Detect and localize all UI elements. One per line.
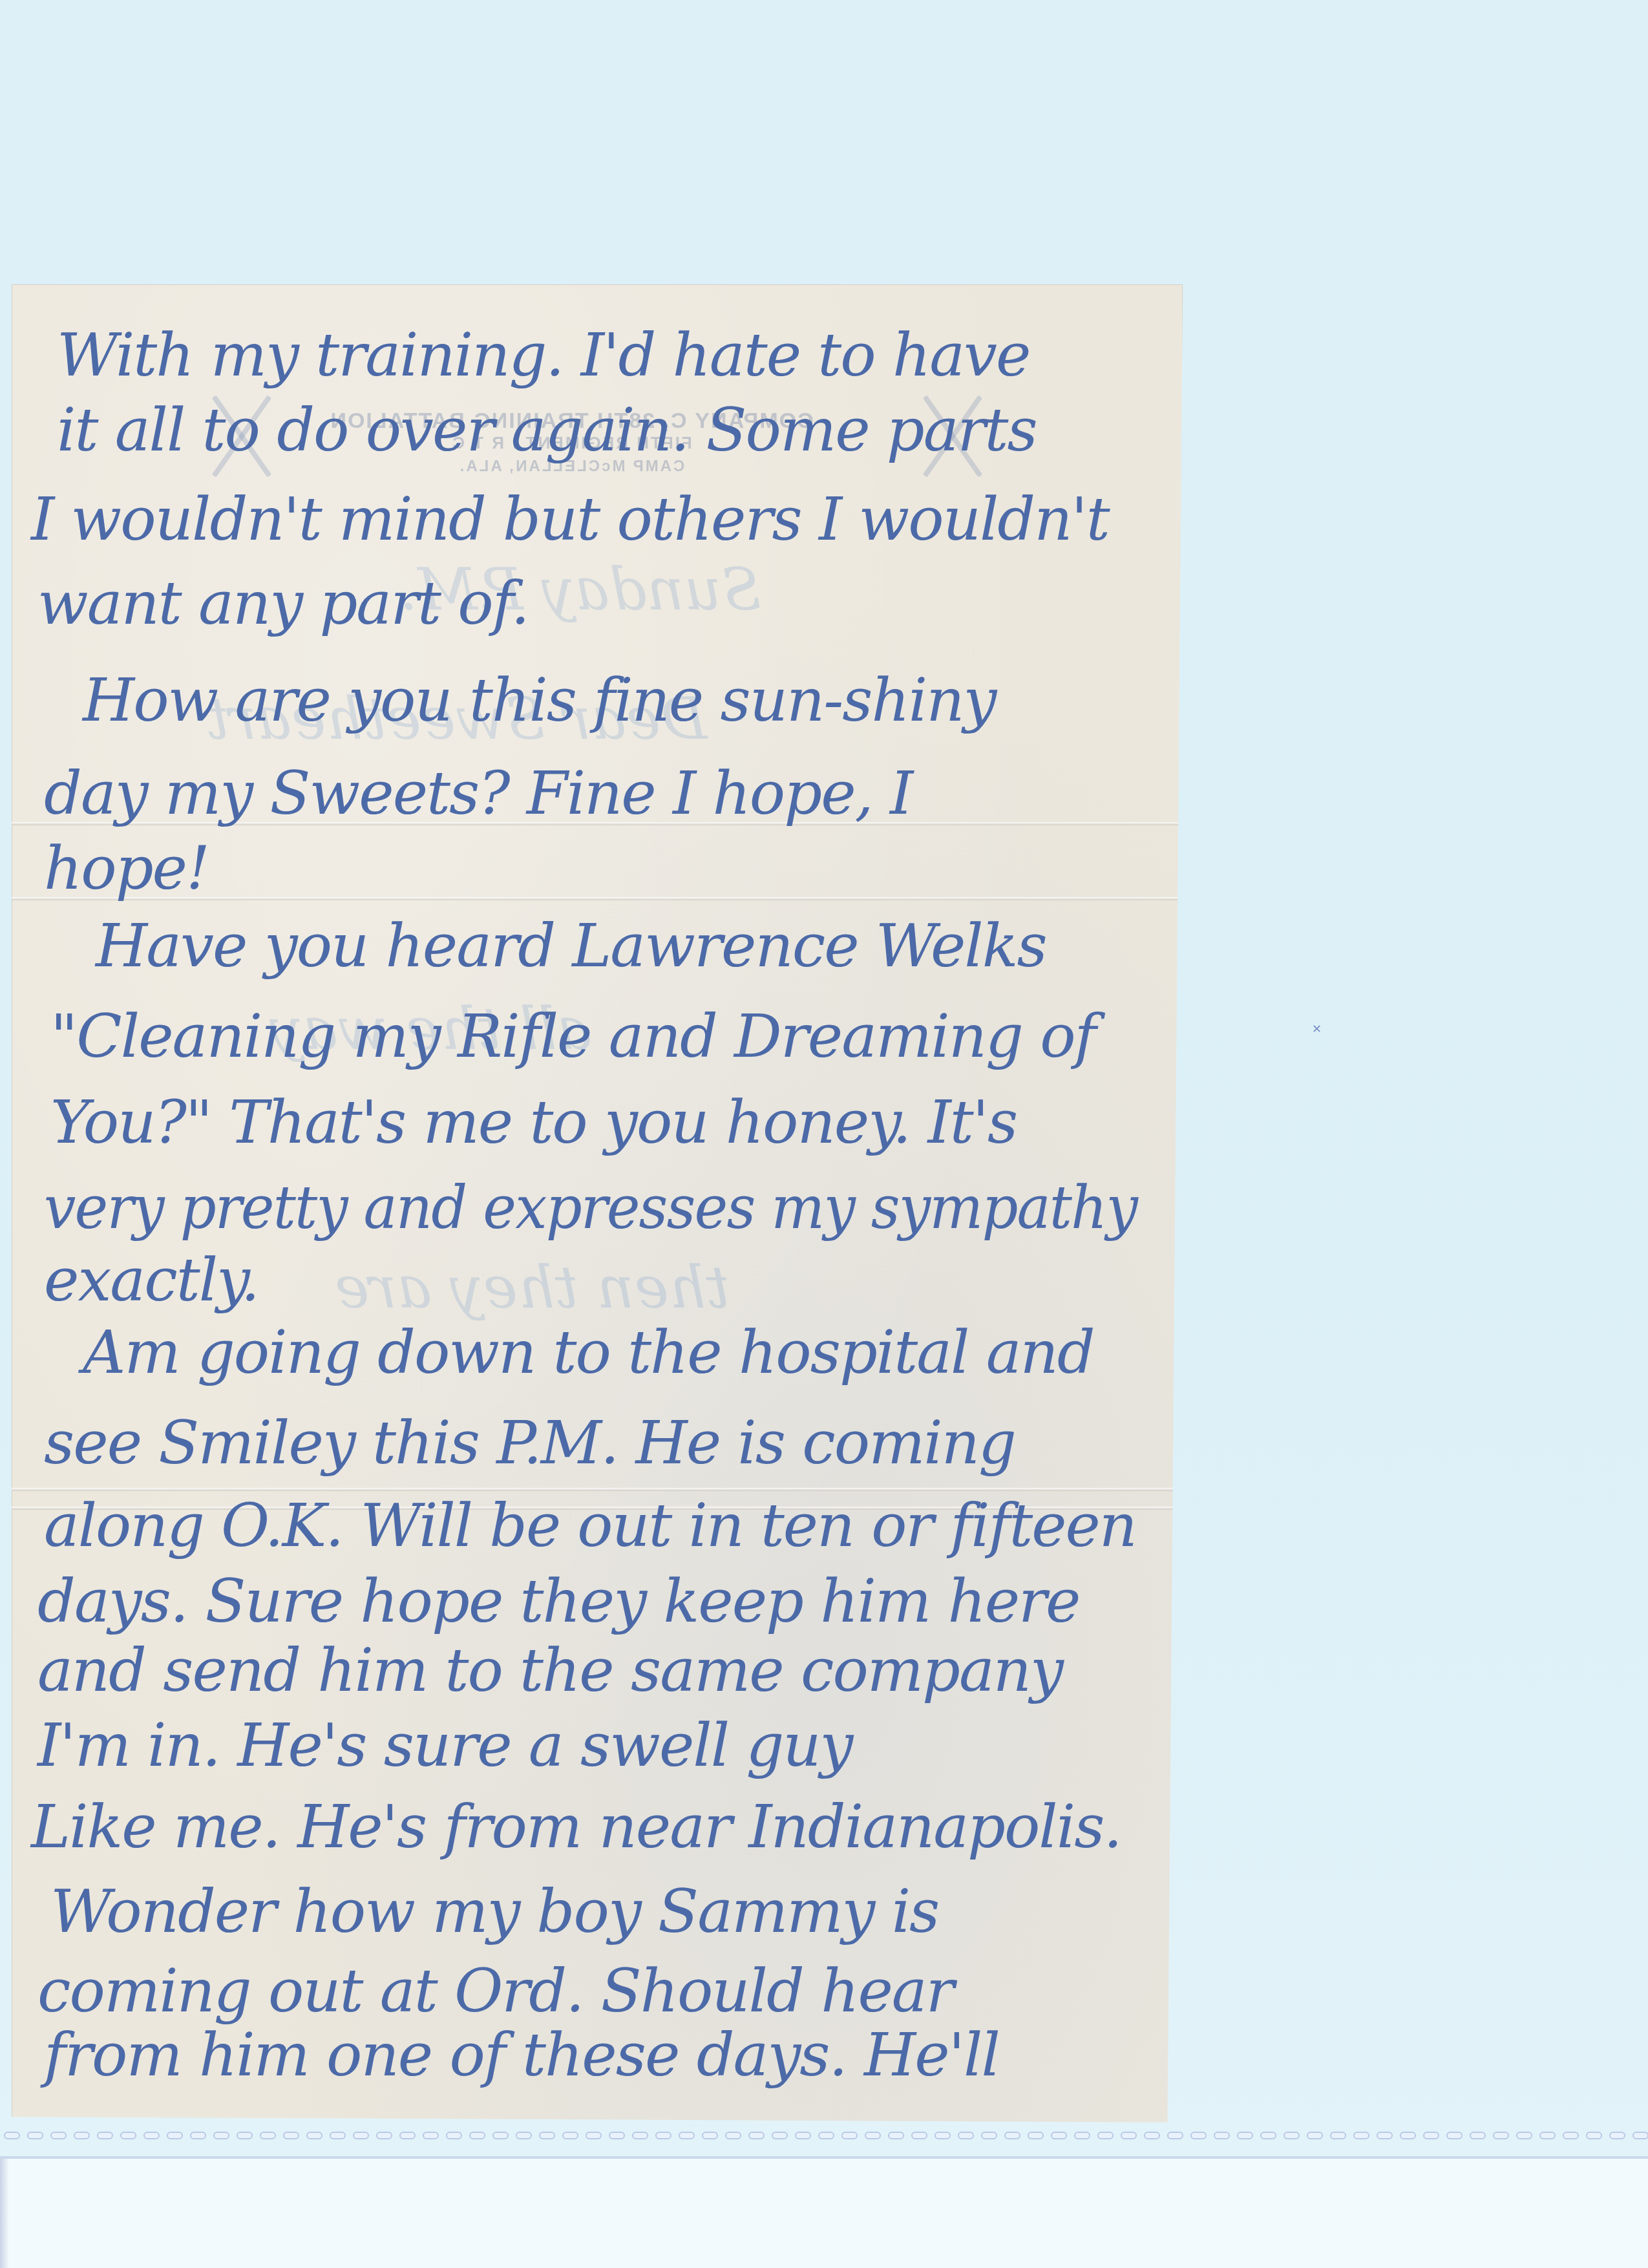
perforation-hole (795, 2132, 811, 2139)
perforation-hole (50, 2132, 67, 2139)
handwritten-line: Have you heard Lawrence Welks (96, 917, 1046, 976)
perforation-hole (74, 2132, 90, 2139)
letter-page: COMPANY C, 28TH TRAINING BATTALION FIFTH… (12, 284, 1183, 2130)
perforation-hole (1470, 2132, 1486, 2139)
perforation-hole (818, 2132, 834, 2139)
perforation-hole (1097, 2132, 1114, 2139)
handwritten-line: How are you this fine sun-shiny (83, 671, 995, 730)
handwritten-line: You?" That's me to you honey. It's (50, 1093, 1017, 1152)
perforation-hole (632, 2132, 648, 2139)
perforation-hole (772, 2132, 788, 2139)
perforation-hole (1167, 2132, 1183, 2139)
perforation-hole (935, 2132, 951, 2139)
handwritten-line: want any part of. (37, 574, 529, 633)
perforation-hole (1493, 2132, 1509, 2139)
perforation-hole (725, 2132, 741, 2139)
perforation-hole (1004, 2132, 1020, 2139)
handwritten-line: coming out at Ord. Should hear (37, 1962, 953, 2021)
handwritten-line: "Cleaning my Rifle and Dreaming of (50, 1007, 1095, 1066)
handwritten-line: days. Sure hope they keep him here (37, 1572, 1080, 1631)
perforation-hole (260, 2132, 276, 2139)
perforation-hole (4, 2132, 20, 2139)
perforation-hole (213, 2132, 229, 2139)
perforation-hole (888, 2132, 904, 2139)
perforation-hole (1423, 2132, 1439, 2139)
perforation-hole (1307, 2132, 1323, 2139)
perforation-hole (702, 2132, 718, 2139)
perforation-hole (1260, 2132, 1276, 2139)
perforation-hole (143, 2132, 160, 2139)
perforation-hole (306, 2132, 322, 2139)
handwritten-line: it all to do over again. Some parts (57, 401, 1037, 460)
handwritten-line: Wonder how my boy Sammy is (50, 1882, 938, 1942)
perforation-hole (748, 2132, 765, 2139)
perforation-hole (1074, 2132, 1090, 2139)
perforation-hole (283, 2132, 299, 2139)
perforation-hole (1051, 2132, 1067, 2139)
perforation-hole (655, 2132, 671, 2139)
perforation-hole (1632, 2132, 1648, 2139)
perforation-hole (562, 2132, 578, 2139)
perforation-hole (1330, 2132, 1346, 2139)
handwritten-line: Am going down to the hospital and (83, 1323, 1094, 1383)
perforation-hole (609, 2132, 625, 2139)
perforation-hole (1144, 2132, 1160, 2139)
perforation-hole (1028, 2132, 1044, 2139)
perforation-hole (1586, 2132, 1602, 2139)
handwritten-line: day my Sweets? Fine I hope, I (44, 764, 912, 823)
perforation-hole (190, 2132, 206, 2139)
perforation-hole (330, 2132, 346, 2139)
handwritten-line: With my training. I'd hate to have (57, 326, 1030, 385)
perforation-hole (1563, 2132, 1579, 2139)
perforation-hole (841, 2132, 858, 2139)
perforation-hole (958, 2132, 974, 2139)
perforation-hole (981, 2132, 997, 2139)
perforation-hole (911, 2132, 927, 2139)
handwritten-line: I wouldn't mind but others I wouldn't (31, 490, 1109, 549)
perforation-hole (1353, 2132, 1369, 2139)
handwritten-line: hope! (44, 839, 209, 898)
perforation-hole (1516, 2132, 1532, 2139)
perforation-hole (586, 2132, 602, 2139)
handwritten-line: from him one of these days. He'll (44, 2026, 999, 2085)
handwritten-line: very pretty and expresses my sympathy (44, 1178, 1137, 1238)
perforation-hole (492, 2132, 509, 2139)
perforation-hole (120, 2132, 136, 2139)
handwritten-line: see Smiley this P.M. He is coming (44, 1414, 1015, 1473)
perforation-hole (1377, 2132, 1393, 2139)
reverse-side-ink-bleed: then they are (335, 1254, 730, 1322)
perforation-hole (353, 2132, 369, 2139)
perforation-hole (446, 2132, 462, 2139)
perforation-hole (97, 2132, 113, 2139)
perforation-hole (1400, 2132, 1416, 2139)
ink-speck: ✕ (1312, 1023, 1326, 1029)
perforation-hole (376, 2132, 392, 2139)
handwritten-line: exactly. (44, 1251, 259, 1310)
handwritten-line: along O.K. Will be out in ten or fifteen (44, 1496, 1136, 1556)
perforation-hole (539, 2132, 555, 2139)
perforation-hole (167, 2132, 183, 2139)
perforation-hole (1214, 2132, 1230, 2139)
perforation-hole (516, 2132, 532, 2139)
perforation-hole (469, 2132, 485, 2139)
handwritten-line: I'm in. He's sure a swell guy (37, 1716, 852, 1775)
sleeve-bottom-edge (0, 2156, 1648, 2159)
perforation-hole (1190, 2132, 1207, 2139)
perforation-hole (1539, 2132, 1556, 2139)
sleeve-perforation-strip (0, 2126, 1648, 2145)
perforation-hole (237, 2132, 253, 2139)
perforation-hole (399, 2132, 416, 2139)
handwritten-line: and send him to the same company (37, 1641, 1062, 1701)
handwritten-line: Like me. He's from near Indianapolis. (31, 1797, 1121, 1857)
perforation-hole (679, 2132, 695, 2139)
perforation-hole (1121, 2132, 1137, 2139)
perforation-hole (423, 2132, 439, 2139)
perforation-hole (1237, 2132, 1253, 2139)
perforation-hole (1609, 2132, 1625, 2139)
sleeve-shadow (0, 2159, 9, 2268)
perforation-hole (27, 2132, 43, 2139)
perforation-hole (1284, 2132, 1300, 2139)
perforation-hole (865, 2132, 881, 2139)
perforation-hole (1446, 2132, 1463, 2139)
